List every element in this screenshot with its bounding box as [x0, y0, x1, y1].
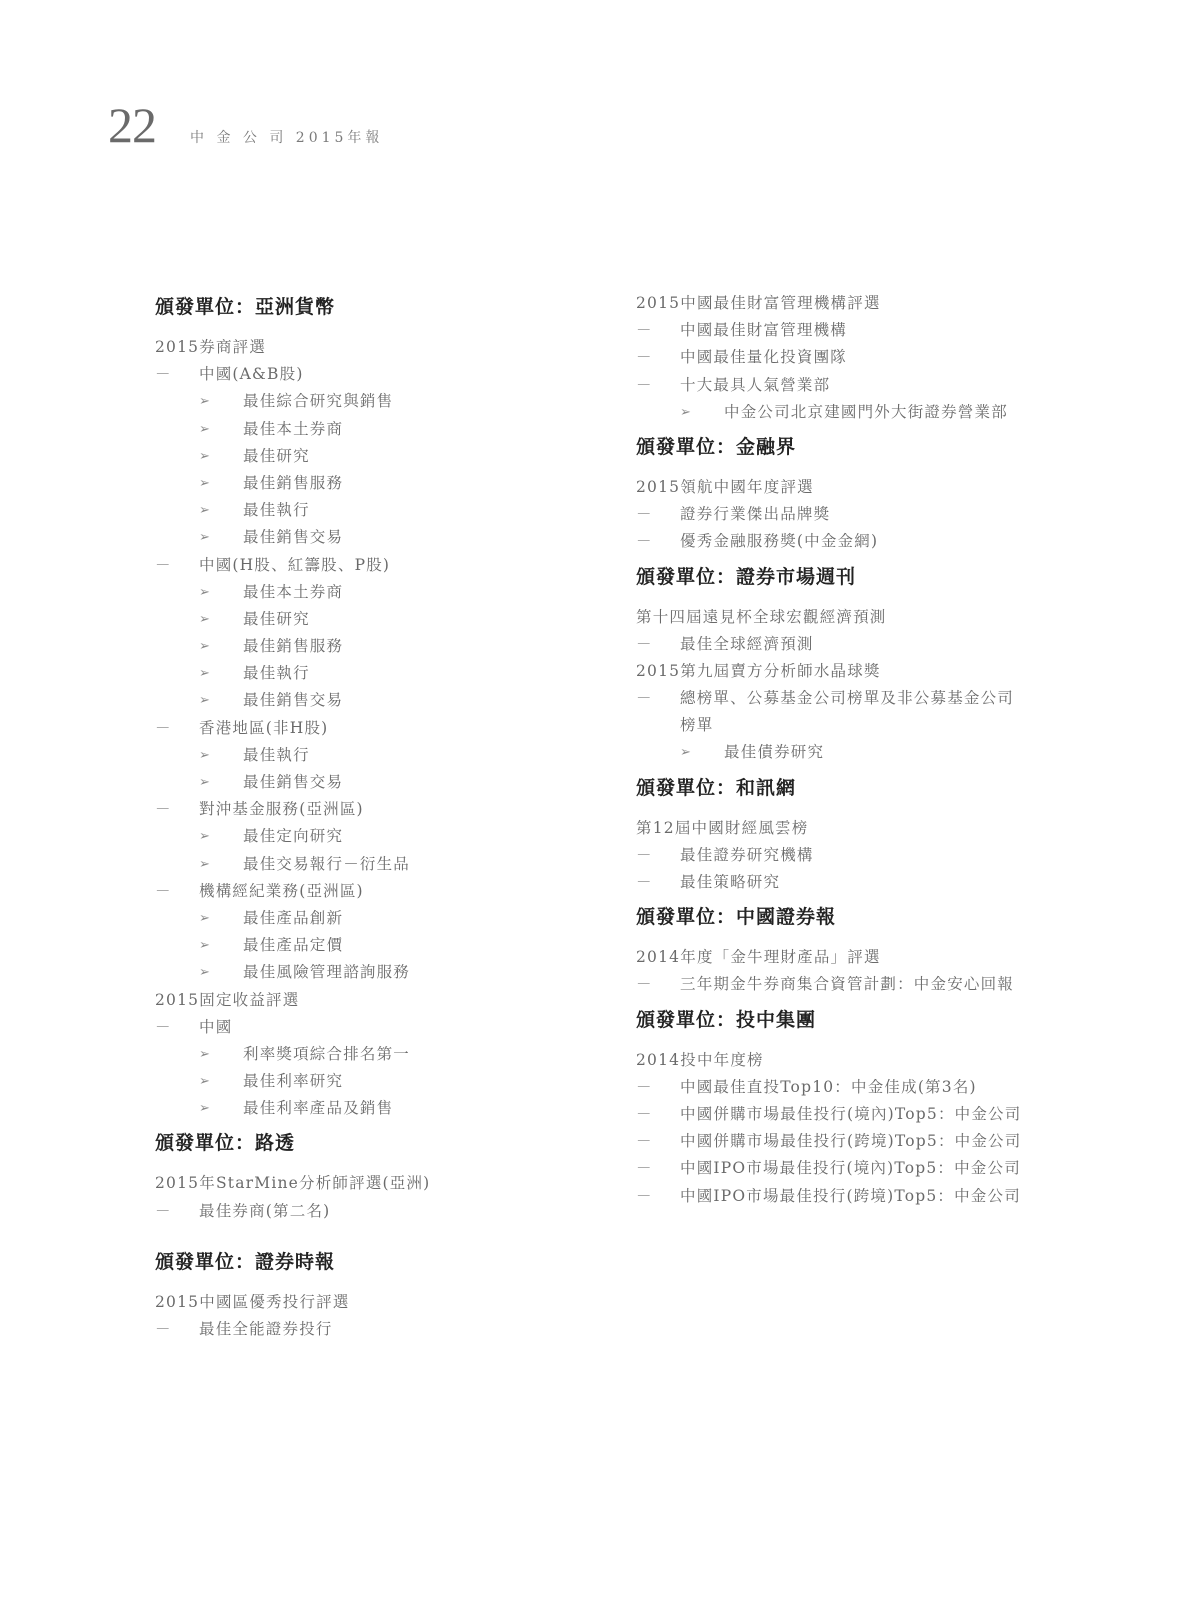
award-item: －最佳券商(第二名) [155, 1198, 595, 1225]
award-item: －中國併購市場最佳投行(境內)Top5：中金公司 [636, 1101, 1066, 1128]
award-item: －中國(A&B股) [155, 361, 595, 388]
award-item: －最佳全能證券投行 [155, 1316, 595, 1343]
page-number: 22 [108, 96, 156, 154]
award-item: －中國最佳量化投資團隊 [636, 344, 1066, 371]
section-heading: 頒發單位：證券市場週刊 [636, 562, 1066, 592]
award-category: 第十四屆遠見杯全球宏觀經濟預測 [636, 604, 1066, 631]
award-item: －中國IPO市場最佳投行(境內)Top5：中金公司 [636, 1155, 1066, 1182]
arrow-icon: ➢ [199, 932, 211, 959]
arrow-icon: ➢ [199, 606, 211, 633]
dash-icon: － [155, 878, 172, 905]
arrow-icon: ➢ [199, 470, 211, 497]
award-category: 2015領航中國年度評選 [636, 474, 1066, 501]
section-securities-market-weekly: 頒發單位：證券市場週刊 第十四屆遠見杯全球宏觀經濟預測 －最佳全球經濟預測 20… [636, 562, 1066, 767]
arrow-icon: ➢ [199, 1041, 211, 1068]
award-item: －中國併購市場最佳投行(跨境)Top5：中金公司 [636, 1128, 1066, 1155]
award-subitem: ➢最佳利率產品及銷售 [155, 1095, 595, 1122]
dash-icon: － [636, 372, 653, 399]
award-item-continued: 榜單 [636, 712, 1066, 739]
arrow-icon: ➢ [199, 579, 211, 606]
award-item: －總榜單、公募基金公司榜單及非公募基金公司 [636, 685, 1066, 712]
dash-icon: － [155, 1198, 172, 1225]
right-column: 2015中國最佳財富管理機構評選 －中國最佳財富管理機構 －中國最佳量化投資團隊… [636, 292, 1066, 1216]
arrow-icon: ➢ [199, 388, 211, 415]
arrow-icon: ➢ [199, 905, 211, 932]
arrow-icon: ➢ [680, 399, 692, 426]
award-item: －中國 [155, 1014, 595, 1041]
award-subitem: ➢最佳產品定價 [155, 932, 595, 959]
arrow-icon: ➢ [199, 823, 211, 850]
award-subitem: ➢中金公司北京建國門外大街證券營業部 [636, 399, 1066, 426]
award-item: －證券行業傑出品牌獎 [636, 501, 1066, 528]
award-subitem: ➢最佳研究 [155, 443, 595, 470]
award-category: 2015中國區優秀投行評選 [155, 1289, 595, 1316]
award-item: －最佳策略研究 [636, 869, 1066, 896]
arrow-icon: ➢ [199, 959, 211, 986]
arrow-icon: ➢ [199, 416, 211, 443]
award-subitem: ➢最佳風險管理諮詢服務 [155, 959, 595, 986]
award-category: 2015年StarMine分析師評選(亞洲) [155, 1170, 595, 1197]
arrow-icon: ➢ [199, 633, 211, 660]
award-subitem: ➢最佳產品創新 [155, 905, 595, 932]
page-header: 22 中 金 公 司 2015年報 [108, 96, 383, 154]
dash-icon: － [155, 552, 172, 579]
award-category: 2014投中年度榜 [636, 1047, 1066, 1074]
section-jrj: 頒發單位：金融界 2015領航中國年度評選 －證券行業傑出品牌獎 －優秀金融服務… [636, 432, 1066, 556]
award-item: －中國最佳直投Top10：中金佳成(第3名) [636, 1074, 1066, 1101]
section-heading: 頒發單位：投中集團 [636, 1005, 1066, 1035]
award-item: －中國最佳財富管理機構 [636, 317, 1066, 344]
award-category: 2014年度「金牛理財產品」評選 [636, 944, 1066, 971]
award-item: －最佳證券研究機構 [636, 842, 1066, 869]
section-china-securities-journal: 頒發單位：中國證券報 2014年度「金牛理財產品」評選 －三年期金牛券商集合資管… [636, 902, 1066, 998]
award-subitem: ➢最佳債券研究 [636, 739, 1066, 766]
award-subitem: ➢利率獎項綜合排名第一 [155, 1041, 595, 1068]
award-item: －香港地區(非H股) [155, 715, 595, 742]
award-item: －中國(H股、紅籌股、P股) [155, 552, 595, 579]
section-heading: 頒發單位：證券時報 [155, 1247, 595, 1277]
dash-icon: － [155, 1014, 172, 1041]
dash-icon: － [155, 361, 172, 388]
arrow-icon: ➢ [199, 769, 211, 796]
award-subitem: ➢最佳執行 [155, 497, 595, 524]
section-heading: 頒發單位：中國證券報 [636, 902, 1066, 932]
arrow-icon: ➢ [199, 687, 211, 714]
dash-icon: － [155, 1316, 172, 1343]
dash-icon: － [155, 715, 172, 742]
section-heading: 頒發單位：金融界 [636, 432, 1066, 462]
left-column: 頒發單位：亞洲貨幣 2015券商評選 －中國(A&B股) ➢最佳綜合研究與銷售 … [155, 292, 595, 1349]
award-subitem: ➢最佳綜合研究與銷售 [155, 388, 595, 415]
arrow-icon: ➢ [199, 1068, 211, 1095]
dash-icon: － [636, 1183, 653, 1210]
arrow-icon: ➢ [199, 443, 211, 470]
dash-icon: － [636, 1155, 653, 1182]
award-subitem: ➢最佳定向研究 [155, 823, 595, 850]
award-subitem: ➢最佳銷售交易 [155, 524, 595, 551]
section-heading: 頒發單位：亞洲貨幣 [155, 292, 595, 322]
award-subitem: ➢最佳研究 [155, 606, 595, 633]
section-asiamoney: 頒發單位：亞洲貨幣 2015券商評選 －中國(A&B股) ➢最佳綜合研究與銷售 … [155, 292, 595, 1122]
award-category: 2015固定收益評選 [155, 987, 595, 1014]
award-subitem: ➢最佳銷售交易 [155, 687, 595, 714]
dash-icon: － [636, 971, 653, 998]
award-subitem: ➢最佳銷售服務 [155, 633, 595, 660]
award-subitem: ➢最佳利率研究 [155, 1068, 595, 1095]
award-subitem: ➢最佳本土券商 [155, 579, 595, 606]
section-hexun: 頒發單位：和訊網 第12屆中國財經風雲榜 －最佳證券研究機構 －最佳策略研究 [636, 773, 1066, 897]
section-heading: 頒發單位：和訊網 [636, 773, 1066, 803]
award-item: －機構經紀業務(亞洲區) [155, 878, 595, 905]
arrow-icon: ➢ [199, 497, 211, 524]
award-item: －對沖基金服務(亞洲區) [155, 796, 595, 823]
dash-icon: － [636, 317, 653, 344]
dash-icon: － [636, 528, 653, 555]
section-chinaventure: 頒發單位：投中集團 2014投中年度榜 －中國最佳直投Top10：中金佳成(第3… [636, 1005, 1066, 1210]
award-subitem: ➢最佳執行 [155, 660, 595, 687]
arrow-icon: ➢ [199, 742, 211, 769]
section-securities-times: 頒發單位：證券時報 2015中國區優秀投行評選 －最佳全能證券投行 [155, 1247, 595, 1343]
dash-icon: － [636, 869, 653, 896]
arrow-icon: ➢ [199, 851, 211, 878]
award-subitem: ➢最佳本土券商 [155, 416, 595, 443]
dash-icon: － [636, 1101, 653, 1128]
award-category: 2015券商評選 [155, 334, 595, 361]
dash-icon: － [636, 1074, 653, 1101]
award-subitem: ➢最佳執行 [155, 742, 595, 769]
report-caption: 中 金 公 司 2015年報 [190, 127, 383, 147]
award-subitem: ➢最佳銷售服務 [155, 470, 595, 497]
section-reuters: 頒發單位：路透 2015年StarMine分析師評選(亞洲) －最佳券商(第二名… [155, 1128, 595, 1224]
arrow-icon: ➢ [199, 524, 211, 551]
award-item: －十大最具人氣營業部 [636, 372, 1066, 399]
award-item: －最佳全球經濟預測 [636, 631, 1066, 658]
section-wealth-management: 2015中國最佳財富管理機構評選 －中國最佳財富管理機構 －中國最佳量化投資團隊… [636, 290, 1066, 426]
award-category: 2015中國最佳財富管理機構評選 [636, 290, 1066, 317]
award-subitem: ➢最佳交易報行－衍生品 [155, 851, 595, 878]
dash-icon: － [636, 685, 653, 712]
award-item: －三年期金牛券商集合資管計劃：中金安心回報 [636, 971, 1066, 998]
dash-icon: － [636, 842, 653, 869]
section-heading: 頒發單位：路透 [155, 1128, 595, 1158]
award-category: 第12屆中國財經風雲榜 [636, 815, 1066, 842]
award-subitem: ➢最佳銷售交易 [155, 769, 595, 796]
arrow-icon: ➢ [199, 1095, 211, 1122]
dash-icon: － [636, 501, 653, 528]
dash-icon: － [636, 1128, 653, 1155]
award-item: －中國IPO市場最佳投行(跨境)Top5：中金公司 [636, 1183, 1066, 1210]
arrow-icon: ➢ [199, 660, 211, 687]
dash-icon: － [155, 796, 172, 823]
dash-icon: － [636, 344, 653, 371]
dash-icon: － [636, 631, 653, 658]
award-category: 2015第九屆賣方分析師水晶球獎 [636, 658, 1066, 685]
arrow-icon: ➢ [680, 739, 692, 766]
award-item: －優秀金融服務獎(中金金網) [636, 528, 1066, 555]
